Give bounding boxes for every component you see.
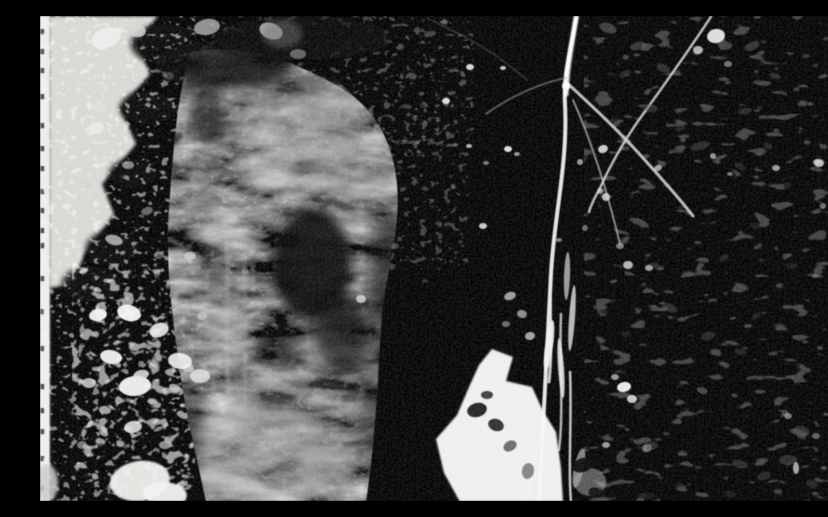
grain-overlay bbox=[40, 16, 828, 501]
jungle-photograph: High-contrast black-and-white photograph… bbox=[40, 16, 828, 501]
photo-canvas bbox=[40, 16, 828, 501]
